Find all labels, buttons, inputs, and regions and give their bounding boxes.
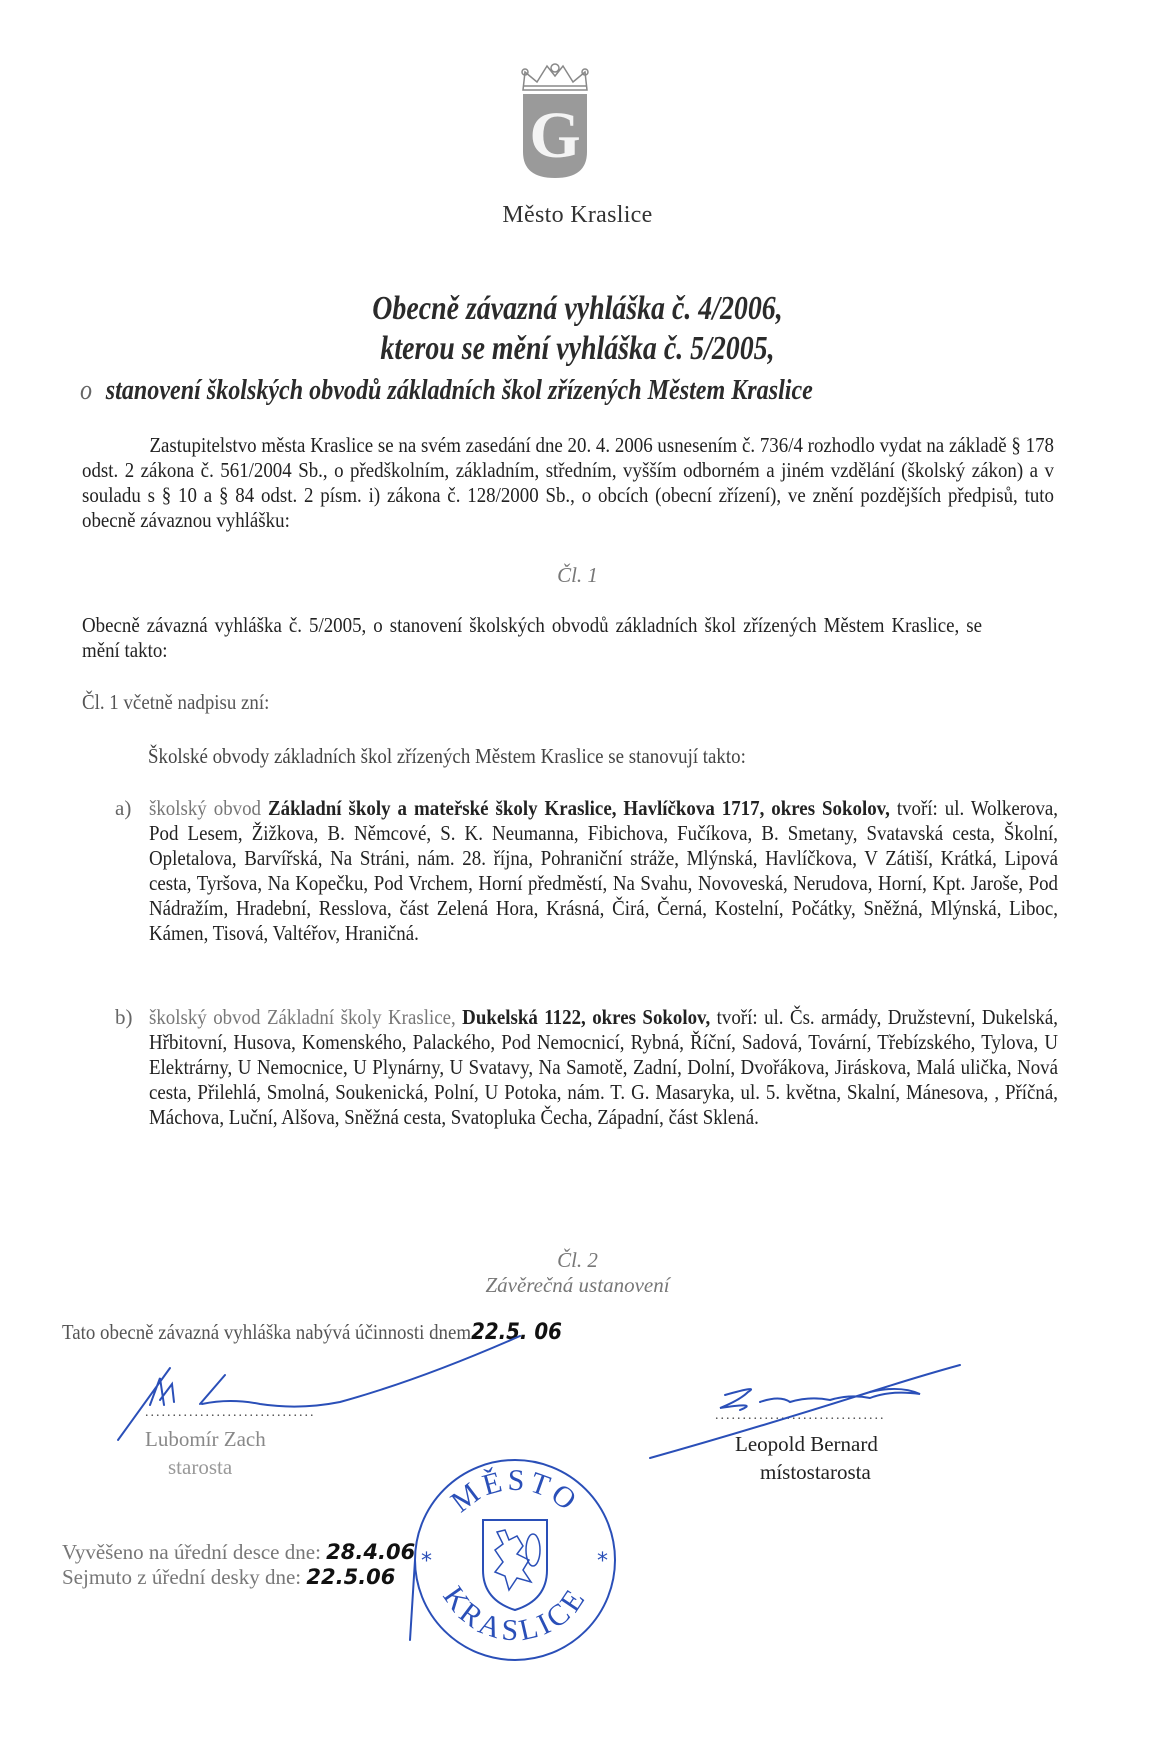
item-school: Základní školy a mateřské školy Kraslice… <box>268 796 890 820</box>
signatory-name-left: Lubomír Zach <box>145 1427 266 1452</box>
districts-intro: Školské obvody základních škol zřízených… <box>148 744 746 769</box>
article-2-subheading: Závěrečná ustanovení <box>0 1273 1155 1298</box>
svg-text:G: G <box>529 99 580 172</box>
item-marker: a) <box>115 796 131 821</box>
clause-line: Čl. 1 včetně nadpisu zní: <box>82 690 269 715</box>
removed-date: 22.5.06 <box>306 1565 395 1589</box>
signatory-name-right: Leopold Bernard <box>735 1432 878 1457</box>
posted-label: Vyvěšeno na úřední desce dne: <box>62 1540 321 1564</box>
amendment-text: Obecně závazná vyhláška č. 5/2005, o sta… <box>82 613 982 663</box>
item-body: školský obvod Základní školy Kraslice, D… <box>149 1005 1058 1130</box>
signatory-role-left: starosta <box>168 1455 232 1480</box>
subject-lead: o <box>80 375 92 406</box>
document-subject: ostanovení školských obvodů základních š… <box>80 375 940 407</box>
removed-date-line: Sejmuto z úřední desky dne: 22.5.06 <box>62 1565 395 1590</box>
article-2-heading: Čl. 2 <box>0 1248 1155 1273</box>
svg-text:*: * <box>421 1549 432 1574</box>
signatory-role-right: místostarosta <box>760 1460 871 1485</box>
official-stamp: MĚSTO KRASLICE * * <box>405 1450 625 1670</box>
city-crest-logo: G <box>505 62 605 182</box>
item-prefix: školský obvod Základní školy Kraslice, <box>149 1005 456 1029</box>
document-subtitle: kterou se mění vyhláška č. 5/2005, <box>104 330 1051 368</box>
removed-label: Sejmuto z úřední desky dne: <box>62 1565 301 1589</box>
svg-text:*: * <box>597 1549 608 1574</box>
effective-date: 22.5. 06 <box>471 1320 562 1345</box>
item-school: Dukelská 1122, okres Sokolov, <box>462 1005 710 1029</box>
item-prefix: školský obvod <box>149 796 261 820</box>
posted-date: 28.4.06 <box>326 1540 415 1564</box>
article-1-heading: Čl. 1 <box>0 563 1155 588</box>
signature-line-left: ............................... <box>145 1405 316 1421</box>
item-marker: b) <box>115 1005 133 1030</box>
preamble: Zastupitelstvo města Kraslice se na svém… <box>82 433 1054 533</box>
effective-label: Tato obecně závazná vyhláška nabývá účin… <box>62 1320 471 1344</box>
stamp-seal-icon: MĚSTO KRASLICE * * <box>405 1450 625 1670</box>
document-title: Obecně závazná vyhláška č. 4/2006, <box>104 290 1051 328</box>
effective-date-line: Tato obecně závazná vyhláška nabývá účin… <box>62 1320 562 1345</box>
svg-text:KRASLICE: KRASLICE <box>436 1581 593 1648</box>
preamble-text: Zastupitelstvo města Kraslice se na svém… <box>82 433 1054 532</box>
signature-line-right: ............................... <box>715 1408 886 1424</box>
posted-date-line: Vyvěšeno na úřední desce dne: 28.4.06 <box>62 1540 415 1565</box>
crown-shield-icon: G <box>505 62 605 182</box>
subject-text: stanovení školských obvodů základních šk… <box>106 375 813 406</box>
item-body: školský obvod Základní školy a mateřské … <box>149 796 1058 946</box>
city-name: Město Kraslice <box>0 202 1155 229</box>
